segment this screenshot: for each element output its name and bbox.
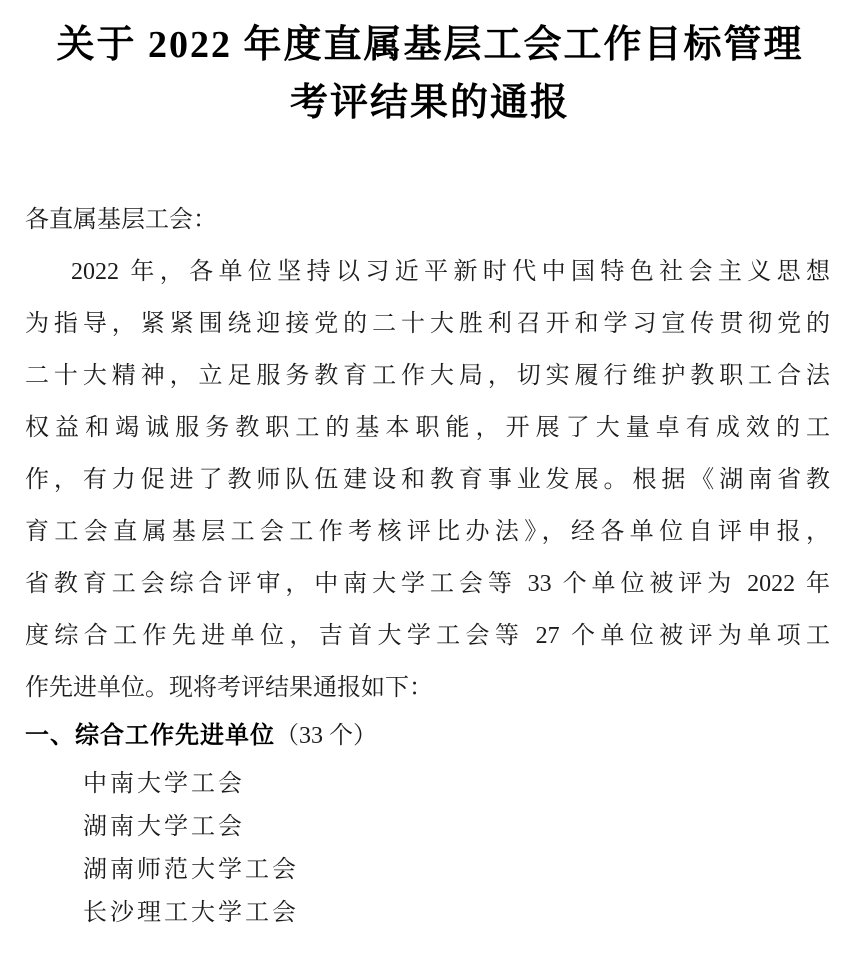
- document-title-line-2: 考评结果的通报: [0, 74, 860, 132]
- section-heading-text: 一、综合工作先进单位: [25, 722, 275, 749]
- paragraph-line: 作，有力促进了教师队伍建设和教育事业发展。根据《湖南省教: [25, 454, 830, 506]
- paragraph-line: 作先进单位。现将考评结果通报如下：: [25, 662, 830, 714]
- document-page: 关于 2022 年度直属基层工会工作目标管理 考评结果的通报 各直属基层工会： …: [0, 0, 860, 954]
- section-heading-count: （33 个）: [275, 723, 377, 749]
- paragraph-line: 二十大精神，立足服务教育工作大局，切实履行维护教职工合法: [25, 350, 830, 402]
- paragraph-line: 权益和竭诚服务教职工的基本职能，开展了大量卓有成效的工: [25, 402, 830, 454]
- document-title-line-1: 关于 2022 年度直属基层工会工作目标管理: [0, 16, 860, 74]
- paragraph-line: 省教育工会综合评审，中南大学工会等 33 个单位被评为 2022 年: [25, 558, 830, 610]
- list-item-union: 中南大学工会: [83, 763, 830, 806]
- salutation: 各直属基层工会：: [25, 194, 830, 246]
- list-item-union: 长沙理工大学工会: [83, 892, 830, 935]
- paragraph-line: 2022 年，各单位坚持以习近平新时代中国特色社会主义思想: [25, 246, 830, 298]
- document-title: 关于 2022 年度直属基层工会工作目标管理 考评结果的通报: [0, 0, 860, 132]
- list-item-union: 湖南师范大学工会: [83, 849, 830, 892]
- paragraph-line: 度综合工作先进单位，吉首大学工会等 27 个单位被评为单项工: [25, 610, 830, 662]
- paragraph-line: 育工会直属基层工会工作考核评比办法》，经各单位自评申报，: [25, 506, 830, 558]
- union-list: 中南大学工会 湖南大学工会 湖南师范大学工会 长沙理工大学工会: [25, 763, 830, 935]
- paragraph-line: 为指导，紧紧围绕迎接党的二十大胜利召开和学习宣传贯彻党的: [25, 298, 830, 350]
- document-body: 各直属基层工会： 2022 年，各单位坚持以习近平新时代中国特色社会主义思想 为…: [0, 194, 860, 935]
- list-item-union: 湖南大学工会: [83, 806, 830, 849]
- section-heading: 一、综合工作先进单位（33 个）: [25, 714, 830, 758]
